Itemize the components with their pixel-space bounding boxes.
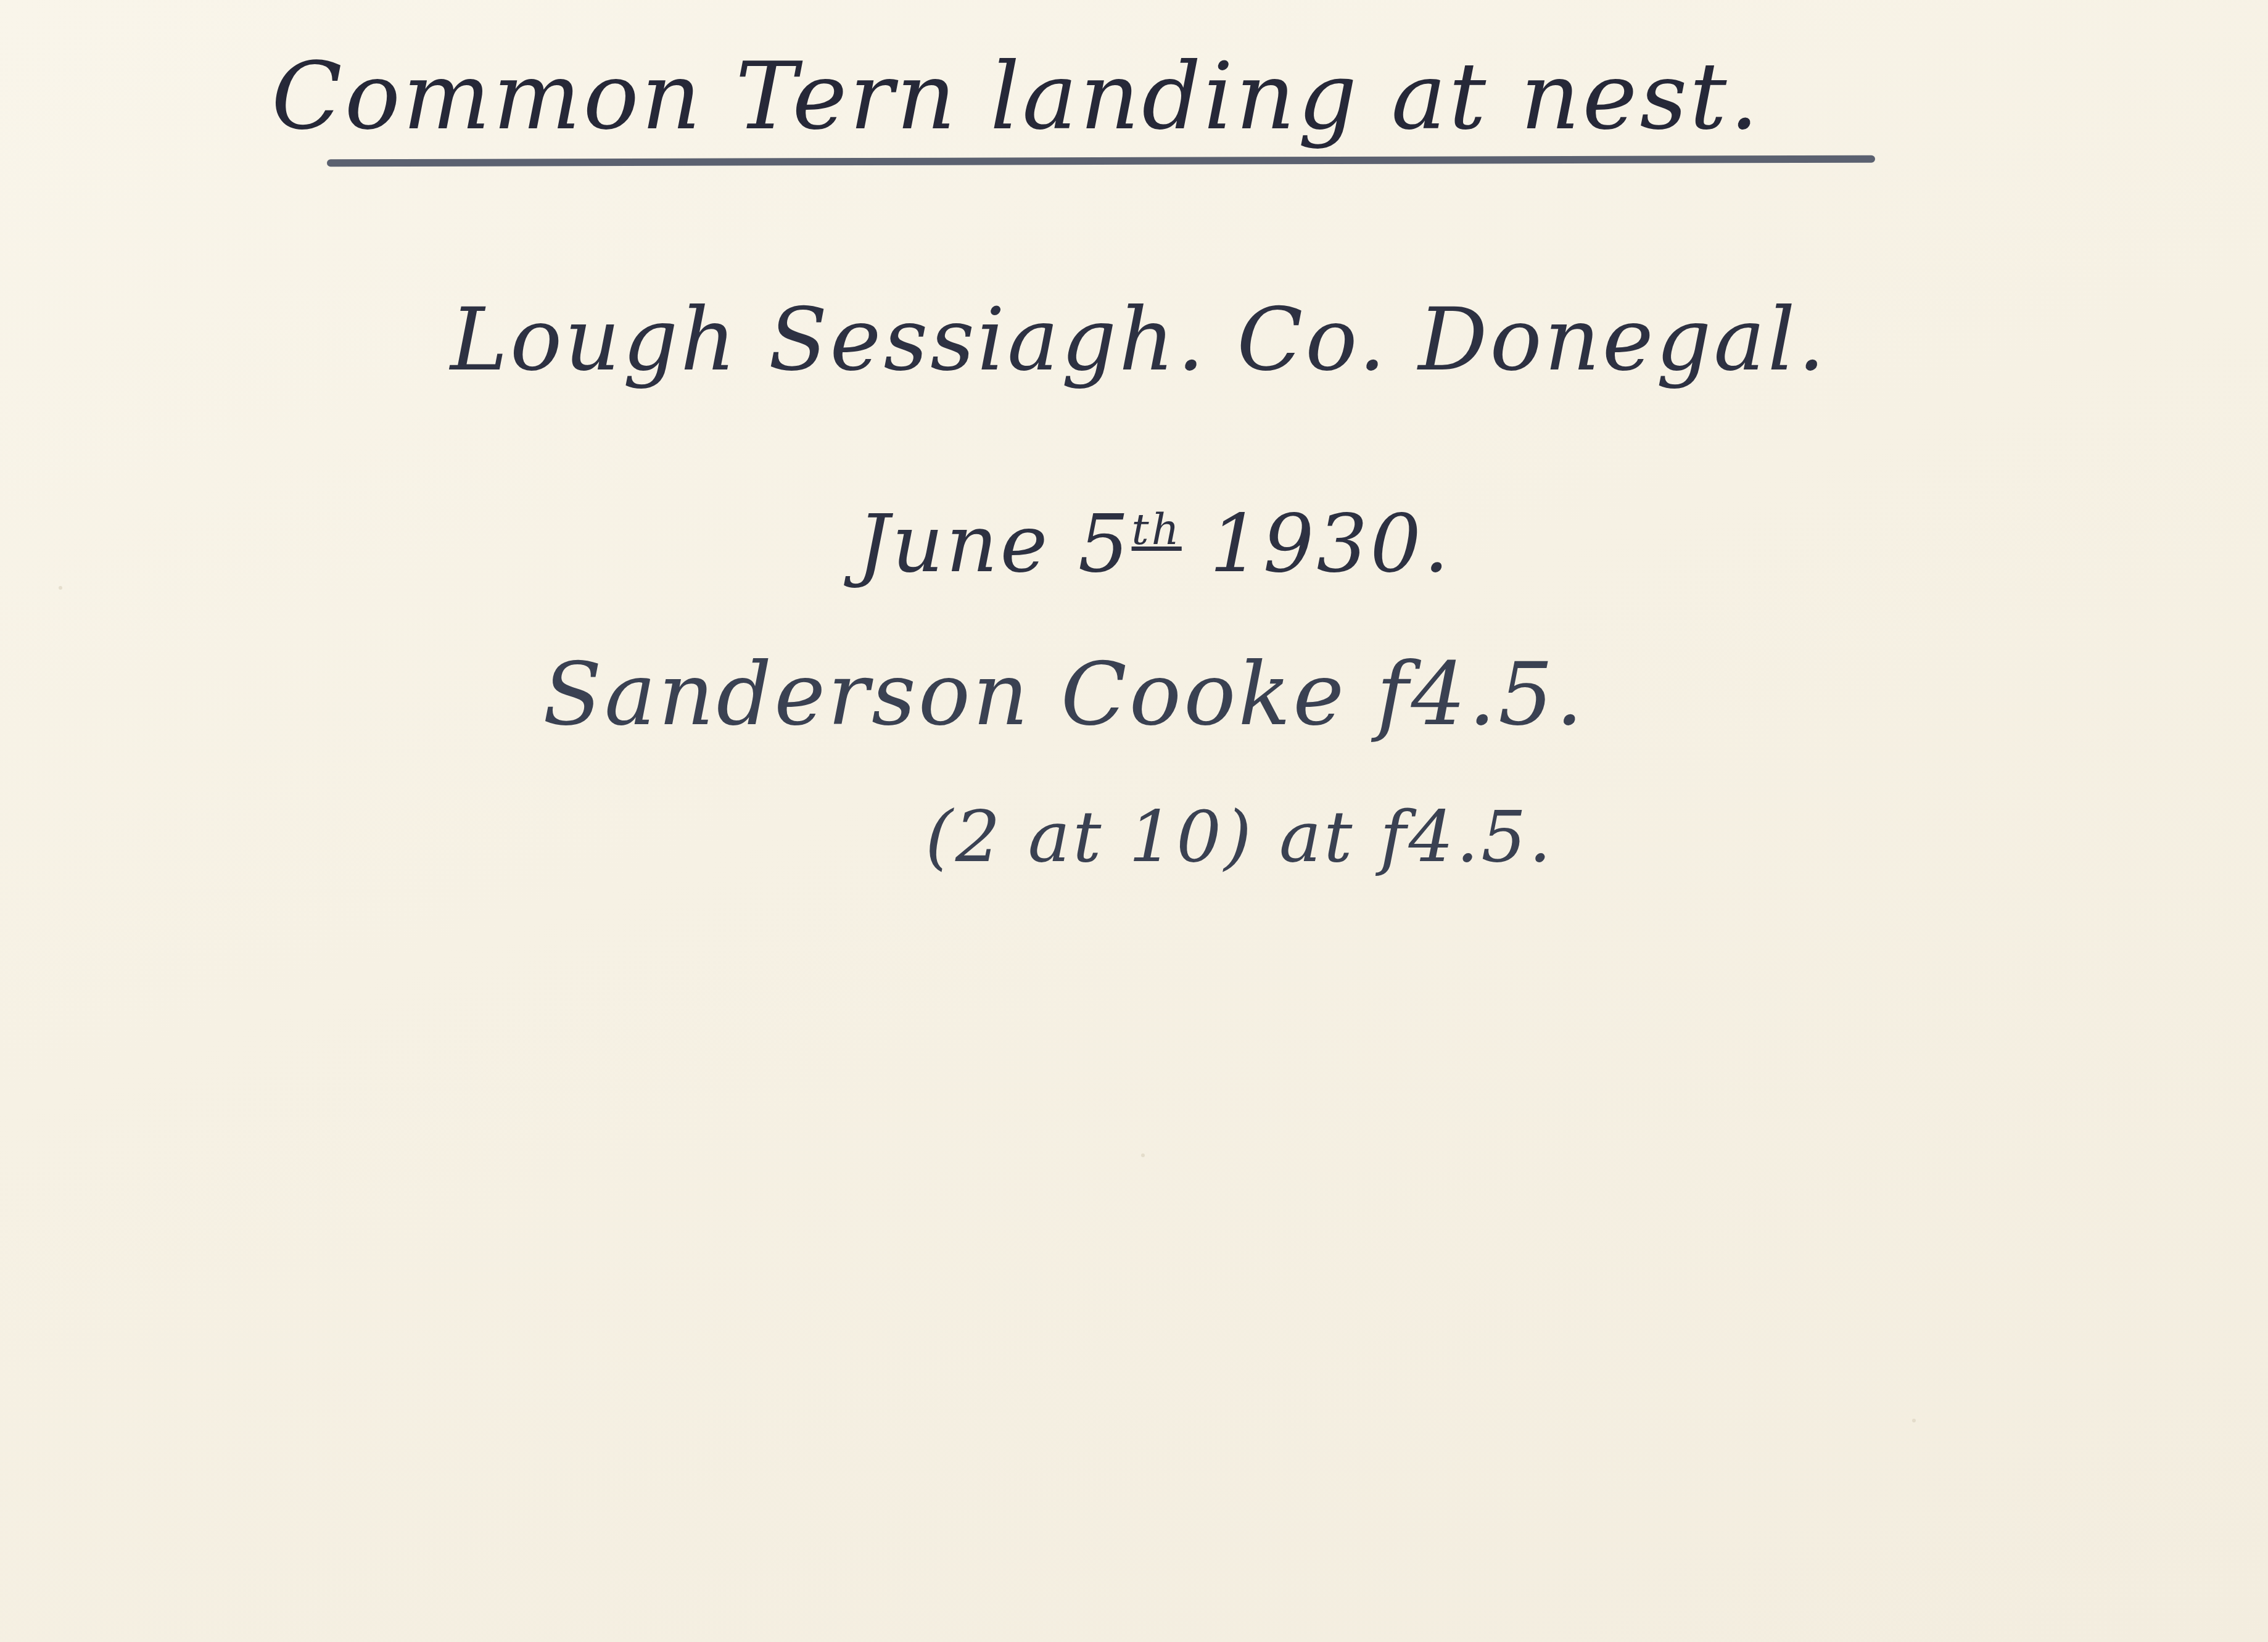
paper-speck (59, 586, 62, 590)
exposure-text: (2 at 10) at f4.5. (925, 796, 1554, 878)
date-ordinal: th (1132, 504, 1182, 555)
title-underline (327, 155, 1875, 167)
date-year: 1930. (1182, 497, 1452, 590)
paper-speck (1912, 1419, 1916, 1422)
date-prefix: June 5 (857, 497, 1132, 590)
location-text: Lough Sessiagh. Co. Donegal. (450, 290, 1828, 390)
paper-speck (1141, 1153, 1145, 1157)
camera-lens-text: Sanderson Cooke f4.5. (543, 645, 1586, 745)
archival-card: Common Tern landing at nest. Lough Sessi… (0, 0, 2268, 1642)
card-title: Common Tern landing at nest. (271, 43, 1761, 151)
date-text: June 5th 1930. (857, 497, 1451, 590)
